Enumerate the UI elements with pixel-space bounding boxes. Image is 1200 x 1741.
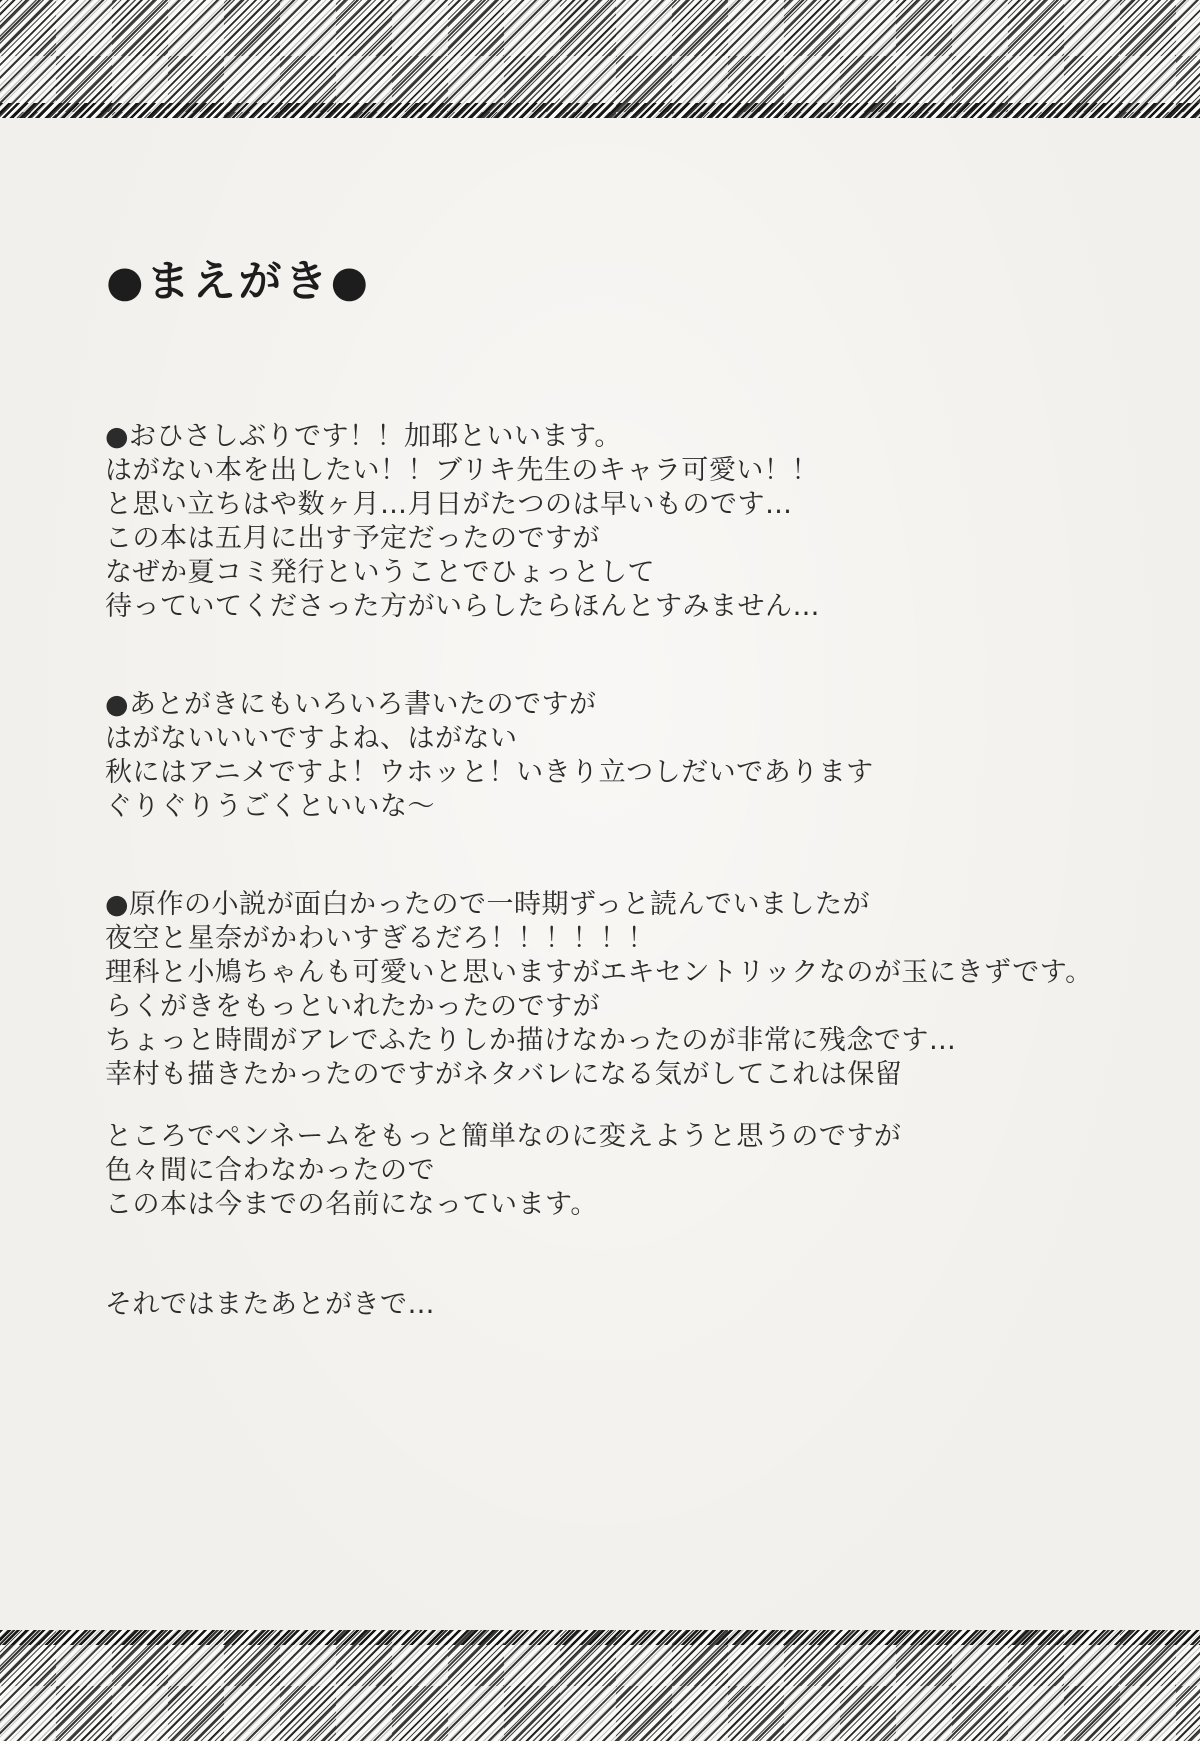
text-line: この本は今までの名前になっています。 [105, 1188, 1140, 1222]
text-line: はがないいいですよね、はがない [105, 722, 1140, 756]
paragraph-closing: それではまたあとがきで… [105, 1288, 1140, 1322]
text-line: この本は五月に出す予定だったのですが [105, 522, 1140, 556]
paragraph-novel-impressions: ●原作の小説が面白かったので一時期ずっと読んでいましたが 夜空と星奈がかわいすぎ… [105, 888, 1140, 1092]
paragraph-greeting: ●おひさしぶりです！！加耶といいます。 はがない本を出したい！！ブリキ先生のキャ… [105, 420, 1140, 624]
text-line: 色々間に合わなかったので [105, 1154, 1140, 1188]
plaid-border-top [0, 0, 1200, 118]
text-line: ぐりぐりうごくといいな～ [105, 790, 1140, 824]
text-line: それではまたあとがきで… [105, 1288, 1140, 1322]
text-line: ちょっと時間がアレでふたりしか描けなかったのが非常に残念です… [105, 1024, 1140, 1058]
paragraph-afterword-note: ●あとがきにもいろいろ書いたのですが はがないいいですよね、はがない 秋にはアニ… [105, 688, 1140, 824]
text-line: 幸村も描きたかったのですがネタバレになる気がしてこれは保留 [105, 1058, 1140, 1092]
text-line: 理科と小鳩ちゃんも可愛いと思いますがエキセントリックなのが玉にきずです。 [105, 956, 1140, 990]
text-line: 秋にはアニメですよ！ウホッと！いきり立つしだいであります [105, 756, 1140, 790]
text-line: ●あとがきにもいろいろ書いたのですが [105, 688, 1140, 722]
text-line: なぜか夏コミ発行ということでひょっとして [105, 556, 1140, 590]
plaid-border-bottom [0, 1630, 1200, 1741]
text-line: ところでペンネームをもっと簡単なのに変えようと思うのですが [105, 1120, 1140, 1154]
page-title: ●まえがき● [106, 248, 371, 309]
paragraph-penname: ところでペンネームをもっと簡単なのに変えようと思うのですが 色々間に合わなかった… [105, 1120, 1140, 1222]
text-line: 待っていてくださった方がいらしたらほんとすみません… [105, 590, 1140, 624]
text-line: ●原作の小説が面白かったので一時期ずっと読んでいましたが [105, 888, 1140, 922]
text-line: らくがきをもっといれたかったのですが [105, 990, 1140, 1024]
scanned-page: ●まえがき● ●おひさしぶりです！！加耶といいます。 はがない本を出したい！！ブ… [0, 0, 1200, 1741]
text-line: はがない本を出したい！！ブリキ先生のキャラ可愛い！！ [105, 454, 1140, 488]
text-line: 夜空と星奈がかわいすぎるだろ！！！！！！ [105, 922, 1140, 956]
text-line: ●おひさしぶりです！！加耶といいます。 [105, 420, 1140, 454]
text-line: と思い立ちはや数ヶ月…月日がたつのは早いものです… [105, 488, 1140, 522]
